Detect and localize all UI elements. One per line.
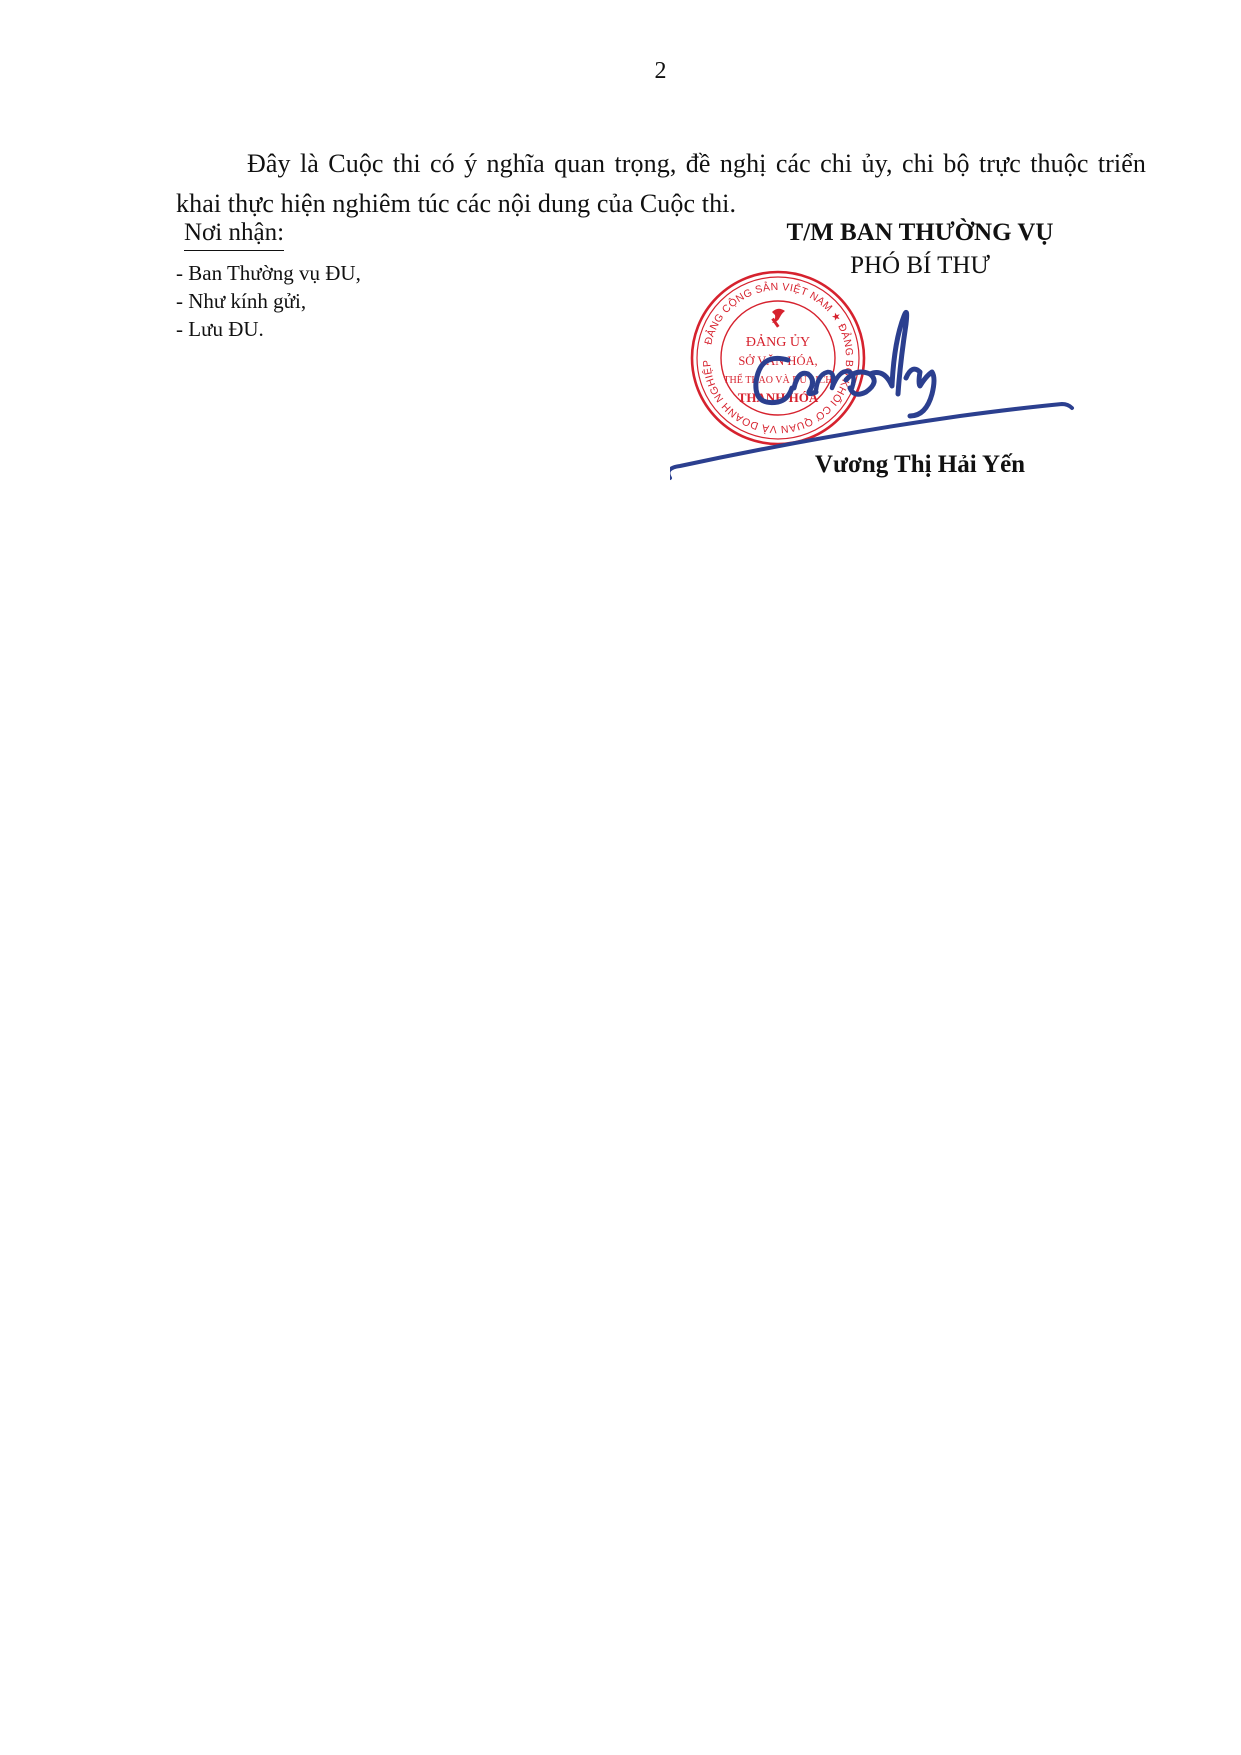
recipients-list: - Ban Thường vụ ĐU, - Như kính gửi, - Lư…: [176, 259, 536, 343]
recipients-title: Nơi nhận:: [184, 218, 284, 251]
signatory-organization: T/M BAN THƯỜNG VỤ: [700, 218, 1140, 248]
closing-paragraph: Đây là Cuộc thi có ý nghĩa quan trọng, đ…: [176, 144, 1146, 224]
recipient-item: - Lưu ĐU.: [176, 315, 536, 343]
signatory-name: Vương Thị Hải Yến: [700, 450, 1140, 480]
recipient-item: - Như kính gửi,: [176, 287, 536, 315]
page-number: 2: [0, 58, 1241, 85]
recipient-item: - Ban Thường vụ ĐU,: [176, 259, 536, 287]
recipients-section: Nơi nhận: - Ban Thường vụ ĐU, - Như kính…: [176, 218, 536, 343]
signature-block: T/M BAN THƯỜNG VỤ PHÓ BÍ THƯ ĐẢNG CỘNG S…: [700, 218, 1140, 488]
